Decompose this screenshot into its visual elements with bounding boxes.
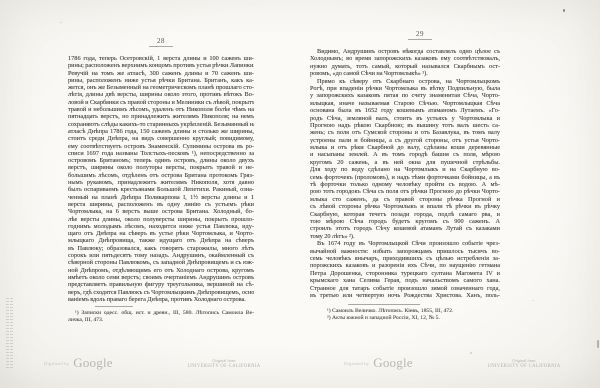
text-line: Въ 1674 году въ Чортомлыцкой Сѣчи произо… — [310, 240, 500, 247]
text-line: Ревучій на томъ же атласѣ, 300 саженъ дл… — [68, 70, 254, 77]
left-footnotes: ¹) Записки одесс. общ. ист. и древн., II… — [68, 310, 254, 324]
text-line: списи 1697 года названы Толстыхъ-песковъ… — [68, 150, 254, 157]
text-line: стоитъ среди Днѣпра, на видъ совершенно … — [68, 135, 254, 142]
scan-speck — [470, 352, 472, 354]
right-footnotes: ¹) Самоилъ Величко. Лѣтопись. Кіевъ, 185… — [320, 308, 500, 322]
text-line: устроены пали и бойницы, а съ другой сто… — [310, 137, 500, 144]
text-line: лѣтія, длины двѣ версты, ширины около эт… — [68, 91, 254, 98]
footnote-rule — [348, 304, 420, 305]
text-line: у запорожскихъ казаковъ пятая по счету з… — [310, 92, 500, 99]
text-line: рины; расположенъ верхнимъ концомъ проти… — [68, 62, 254, 69]
scan-speck — [533, 300, 534, 301]
text-line: съ лѣвой стороны рѣчка Чортомлыкъ и впал… — [310, 203, 500, 210]
book-scan: 28 1786 года, теперь Осетровскій, 1 верс… — [0, 0, 600, 388]
google-logo: Google — [73, 355, 112, 370]
text-line: ченный на планѣ Днѣпра Поликарпова I, 1½… — [68, 194, 254, 201]
text-line: ловой и Скарбянки съ правой стороны и Ме… — [68, 99, 254, 106]
text-line: нымъ рукавомъ, принадлежитъ жителямъ Ник… — [68, 179, 254, 186]
text-line: сохраняютъ слѣды какихъ-то старинныхъ ук… — [68, 121, 254, 128]
text-line: верстъ, ширины около полуторы версты, по… — [68, 164, 254, 171]
text-line: имѣетъ около семи верстъ; своимъ очертан… — [68, 274, 254, 281]
scan-speck — [597, 340, 599, 348]
text-line: сорокъ или пятьдесятъ тому назадъ. Андру… — [68, 252, 254, 259]
text-line: пятнадцать верстъ, но принадлежитъ жител… — [68, 113, 254, 120]
google-watermark: Digitized by Google — [44, 354, 113, 372]
footnote-line: ¹) Самоилъ Величко. Лѣтопись. Кіевъ, 185… — [320, 308, 500, 315]
scan-speck — [222, 56, 223, 58]
text-line: ной Днѣпромъ, отдѣляющимъ его отъ Холодн… — [68, 267, 254, 274]
text-line: Чортомлыка, на 6 верстъ выше острова Бри… — [68, 208, 254, 215]
text-line: рины, расположенъ ниже устья рѣчки Брита… — [68, 77, 254, 84]
text-line: основана была въ 1652 году кошевымъ атам… — [310, 107, 500, 114]
footnote-rule — [95, 306, 133, 307]
university-label: UNIVERSITY OF CALIFORNIA — [476, 365, 572, 370]
page-number-rule — [149, 46, 173, 47]
library-stamp: Original from UNIVERSITY OF CALIFORNIA — [476, 359, 572, 370]
edge-watermark — [10, 298, 13, 368]
text-line: родъ Сѣча, земляной валъ, стоитъ въ усть… — [310, 115, 500, 122]
footnote-line: ²) Акты южной и западной Россіи, XI, 12,… — [320, 315, 500, 322]
digitized-by-label: Digitized by — [344, 361, 369, 366]
right-page: 29 Видимо, Андрушинъ островъ нѣкогда сос… — [300, 0, 600, 388]
text-line: 1786 года, теперь Осетровскій, 1 верста … — [68, 55, 254, 62]
text-line: тому 20 лѣтъ» ²). — [310, 233, 500, 240]
text-line: кругомъ 20 сажень, а въ ней окна для пуш… — [310, 159, 500, 166]
text-line: ровомъ, «до самой Сѣчи на Чортомлыкѣ» ¹)… — [310, 70, 500, 77]
text-line: островомъ Британомъ; теперь одинъ остров… — [68, 157, 254, 164]
digitized-by-label: Digitized by — [44, 361, 69, 366]
text-line: жень; съ поля отъ Сумской стороны и отъ … — [310, 129, 500, 136]
library-stamp: Original from UNIVERSITY OF CALIFORNIA — [176, 359, 272, 370]
text-line: строилъ этотъ городъ Сѣчу кошевой атаман… — [310, 225, 500, 232]
page-number: 29 — [408, 30, 432, 38]
scan-speck — [563, 9, 565, 12]
page-number: 28 — [149, 37, 173, 45]
text-line: атласѣ Днѣпра 1786 года, 150 саженъ длин… — [68, 128, 254, 135]
text-line: рою тотъ городокъ Сѣча съ поля отъ рѣчки… — [310, 188, 500, 195]
text-line: Скарбную, которая течетъ позади города, … — [310, 211, 500, 218]
text-line: ваніемъ вдоль праваго берега Днѣпра, про… — [68, 296, 254, 303]
text-line: Петра Дорошенка, сторонника турецкаго су… — [310, 270, 500, 277]
edge-watermark — [6, 298, 9, 368]
text-line: Видимо, Андрушинъ островъ нѣкогда состав… — [310, 48, 500, 55]
right-text-block: Видимо, Андрушинъ островъ нѣкогда состав… — [310, 48, 500, 299]
text-line: крымскаго хана Селима Герая, подъ началь… — [310, 277, 500, 284]
text-line: былъ оспариваемъ крестьянами Большой Леп… — [68, 186, 254, 193]
text-line: травой и небольшимъ лѣсомъ, удаленъ отъ … — [68, 106, 254, 113]
text-line: млыка сто саженъ, да съ правой стороны р… — [310, 196, 500, 203]
page-number-rule — [408, 39, 432, 40]
left-text-block: 1786 года, теперь Осетровскій, 1 верста … — [68, 55, 254, 303]
text-line: веръ, гдѣ сходятся Павлюкъ съ Чортомлыцк… — [68, 289, 254, 296]
text-line: въ Павлюку; образовался, какъ говорятъ с… — [68, 245, 254, 252]
text-line: тѣ форточки только одному человѣку пройт… — [310, 181, 500, 188]
scan-speck — [60, 22, 62, 23]
text-line: семь человѣкъ янычаръ, приходившихъ съ ц… — [310, 255, 500, 262]
text-line: представляетъ правильную фигуру треуголь… — [68, 281, 254, 288]
university-label: UNIVERSITY OF CALIFORNIA — [176, 365, 272, 370]
text-line: Прогною надъ рѣкою Скарбною; въ вышину т… — [310, 122, 500, 129]
footnote-line: ¹) Записки одесс. общ. ист. и древн., II… — [68, 310, 254, 317]
left-page: 28 1786 года, теперь Осетровскій, 1 верс… — [0, 0, 300, 388]
text-line: нужно думать, тотъ самый, который называ… — [310, 63, 500, 70]
text-line: Странное для татаръ событіе произошло зи… — [310, 285, 500, 292]
text-line: въ третью или четвертую ночь Рождества Х… — [310, 292, 500, 299]
footnote-line: личка, III, 473. — [68, 317, 254, 324]
text-line: вычайной важности: избыть запорожцамъ пр… — [310, 248, 500, 255]
text-line: щаго отъ Днѣпра на сѣверъ въ устье рѣки … — [68, 230, 254, 237]
text-line: сѣверной стороны Павлюкомъ, съ западной … — [68, 259, 254, 266]
text-line: млыцкая, иначе называемая Старою Сѣчью. … — [310, 100, 500, 107]
text-line: годнимъ молодымъ лѣсомъ, находится ниже … — [68, 223, 254, 230]
text-line: и насыпаны землей. А въ томъ городѣ башн… — [310, 151, 500, 158]
text-line: семь форточекъ (проломовъ), и надъ тѣми … — [310, 174, 500, 181]
text-line: Прямо къ сѣверу отъ Скарбнаго острова, н… — [310, 78, 500, 85]
google-watermark: Digitized by Google — [344, 354, 413, 372]
text-line: млыцкаго Днѣпровища, также идущаго отъ Д… — [68, 237, 254, 244]
text-line: млыка и отъ рѣки Скарбной до валу, сдѣла… — [310, 144, 500, 151]
text-line: ему соотвѣтствуетъ островъ Знаменскій. С… — [68, 143, 254, 150]
text-line: большимъ лѣсомъ, отдѣленъ отъ острова Бр… — [68, 172, 254, 179]
text-line: порожскихъ казаковъ и разоренія ихъ Сѣчи… — [310, 262, 500, 269]
text-line: тою мѣрою Сѣча городъ будетъ кругомъ съ … — [310, 218, 500, 225]
google-logo: Google — [373, 355, 412, 370]
text-line: жется, онъ же Безыменный на геометрическ… — [68, 84, 254, 91]
text-line: верста ширины, расположенъ въ одну линію… — [68, 201, 254, 208]
text-line: Холоднымъ; во время запорожскихъ казаков… — [310, 55, 500, 62]
text-line: Рогѣ, при впаденіи рѣчки Чортомлыка въ в… — [310, 85, 500, 92]
text-line: лѣе версты длины, около полуверсты ширин… — [68, 216, 254, 223]
text-line: Для ходу по воду сдѣлано на Чортомлыкъ и… — [310, 166, 500, 173]
